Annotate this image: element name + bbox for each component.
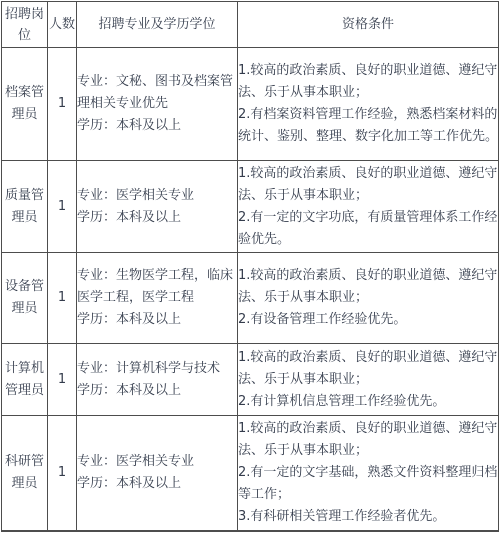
qualification-item: 1.较高的政治素质、良好的职业道德、遵纪守法、乐于从事本职业； (238, 265, 498, 309)
major-cell: 专业：医学相关专业 学历：本科及以上 (77, 161, 238, 253)
count-cell: 1 (48, 253, 77, 344)
count-cell: 1 (48, 161, 77, 253)
position-cell: 计算机管理员 (2, 344, 48, 416)
position-cell: 档案管理员 (2, 48, 48, 161)
qualification-item: 2.有档案资料管理工作经验，熟悉档案材料的统计、鉴别、整理、数字化加工等工作优先… (238, 104, 498, 148)
education-line: 学历：本科及以上 (77, 207, 237, 229)
header-row: 招聘岗位 人数 招聘专业及学历学位 资格条件 (2, 2, 499, 48)
education-line: 学历：本科及以上 (77, 309, 237, 331)
table-row: 档案管理员 1 专业：文秘、图书及档案管理相关专业优先 学历：本科及以上 1.较… (2, 48, 499, 161)
table-row: 设备管理员 1 专业：生物医学工程，临床医学工程，医学工程 学历：本科及以上 1… (2, 253, 499, 344)
major-cell: 专业：医学相关专业 学历：本科及以上 (77, 416, 238, 531)
major-line: 专业：计算机科学与技术 (77, 358, 237, 380)
qualification-item: 2.有设备管理工作经验优先。 (238, 309, 498, 331)
qualification-item: 3.有科研相关管理工作经验者优先。 (238, 506, 498, 528)
count-cell: 1 (48, 48, 77, 161)
qualification-item: 1.较高的政治素质、良好的职业道德、遵纪守法、乐于从事本职业； (238, 60, 498, 104)
qualifications-cell: 1.较高的政治素质、良好的职业道德、遵纪守法、乐于从事本职业； 2.有计算机信息… (238, 344, 499, 416)
qualification-item: 1.较高的政治素质、良好的职业道德、遵纪守法、乐于从事本职业； (238, 347, 498, 391)
education-line: 学历：本科及以上 (77, 115, 237, 137)
qualification-item: 2.有一定的文字功底，有质量管理体系工作经验优先。 (238, 207, 498, 251)
qualifications-cell: 1.较高的政治素质、良好的职业道德、遵纪守法、乐于从事本职业； 2.有一定的文字… (238, 416, 499, 531)
qualification-item: 2.有计算机信息管理工作经验优先。 (238, 391, 498, 413)
count-cell: 1 (48, 416, 77, 531)
table-row: 质量管理员 1 专业：医学相关专业 学历：本科及以上 1.较高的政治素质、良好的… (2, 161, 499, 253)
recruitment-notice-page: 招聘岗位 人数 招聘专业及学历学位 资格条件 档案管理员 1 专业：文秘、图书及… (0, 0, 499, 534)
table-row: 科研管理员 1 专业：医学相关专业 学历：本科及以上 1.较高的政治素质、良好的… (2, 416, 499, 531)
major-cell: 专业：计算机科学与技术 学历：本科及以上 (77, 344, 238, 416)
qualification-item: 1.较高的政治素质、良好的职业道德、遵纪守法、乐于从事本职业； (238, 163, 498, 207)
education-line: 学历：本科及以上 (77, 473, 237, 495)
major-cell: 专业：生物医学工程，临床医学工程，医学工程 学历：本科及以上 (77, 253, 238, 344)
major-cell: 专业：文秘、图书及档案管理相关专业优先 学历：本科及以上 (77, 48, 238, 161)
recruitment-table: 招聘岗位 人数 招聘专业及学历学位 资格条件 档案管理员 1 专业：文秘、图书及… (1, 1, 499, 532)
major-line: 专业：文秘、图书及档案管理相关专业优先 (77, 71, 237, 115)
table-row: 计算机管理员 1 专业：计算机科学与技术 学历：本科及以上 1.较高的政治素质、… (2, 344, 499, 416)
col-header-position: 招聘岗位 (2, 2, 48, 48)
col-header-qualifications: 资格条件 (238, 2, 499, 48)
position-cell: 科研管理员 (2, 416, 48, 531)
qualifications-cell: 1.较高的政治素质、良好的职业道德、遵纪守法、乐于从事本职业； 2.有一定的文字… (238, 161, 499, 253)
count-cell: 1 (48, 344, 77, 416)
qualifications-cell: 1.较高的政治素质、良好的职业道德、遵纪守法、乐于从事本职业； 2.有设备管理工… (238, 253, 499, 344)
position-cell: 设备管理员 (2, 253, 48, 344)
col-header-major: 招聘专业及学历学位 (77, 2, 238, 48)
education-line: 学历：本科及以上 (77, 380, 237, 402)
position-cell: 质量管理员 (2, 161, 48, 253)
major-line: 专业：生物医学工程，临床医学工程，医学工程 (77, 265, 237, 309)
qualification-item: 1.较高的政治素质、良好的职业道德、遵纪守法、乐于从事本职业； (238, 418, 498, 462)
major-line: 专业：医学相关专业 (77, 451, 237, 473)
qualifications-cell: 1.较高的政治素质、良好的职业道德、遵纪守法、乐于从事本职业； 2.有档案资料管… (238, 48, 499, 161)
qualification-item: 2.有一定的文字基础，熟悉文件资料整理归档等工作； (238, 462, 498, 506)
col-header-count: 人数 (48, 2, 77, 48)
major-line: 专业：医学相关专业 (77, 185, 237, 207)
